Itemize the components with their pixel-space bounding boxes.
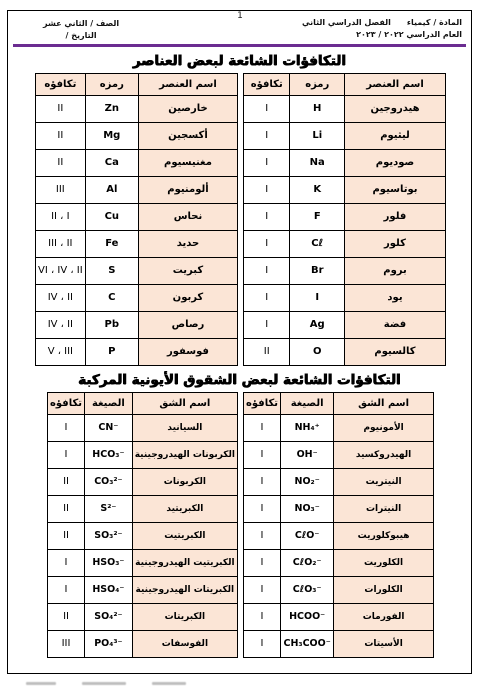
ion-row: الكلورات CℓO₃⁻ I xyxy=(244,576,434,603)
element-row: بوتاسيوم K I xyxy=(244,176,446,203)
element-name-cell: ألومنيوم xyxy=(138,176,237,203)
element-valence-cell: II xyxy=(36,122,86,149)
ion-valence-cell: III xyxy=(48,630,85,657)
header-row: اسم العنصر رمزه تكافؤه xyxy=(244,73,446,95)
ion-name-cell: الفوسفات xyxy=(132,630,237,657)
column-header-ion-name: اسم الشق xyxy=(132,392,237,414)
ion-row: الكبريتات الهيدروجينية HSO₄⁻ I xyxy=(48,576,238,603)
ion-name-cell: الكبريتيت الهيدروجينية xyxy=(132,549,237,576)
element-valence-cell: I xyxy=(244,311,290,338)
ions-table-left: اسم الشق الصيغة تكافؤه السيانيد CN⁻ I ال… xyxy=(47,392,238,658)
element-name-cell: أكسجين xyxy=(138,122,237,149)
ion-valence-cell: I xyxy=(48,576,85,603)
ion-name-cell: النيتريت xyxy=(334,468,434,495)
ion-row: هيبوكلوريت CℓO⁻ I xyxy=(244,522,434,549)
ion-name-cell: هيبوكلوريت xyxy=(334,522,434,549)
ion-valence-cell: II xyxy=(48,495,85,522)
element-row: هيدروجين H I xyxy=(244,95,446,122)
ion-formula-cell: SO₄²⁻ xyxy=(85,603,133,630)
ion-valence-cell: II xyxy=(48,603,85,630)
element-valence-cell: II xyxy=(244,338,290,365)
ion-valence-cell: I xyxy=(244,414,281,441)
ion-name-cell: الأسيتات xyxy=(334,630,434,657)
element-name-cell: بروم xyxy=(345,257,446,284)
ion-row: الكبريتيت SO₃²⁻ II xyxy=(48,522,238,549)
element-row: كبريت S VI ، IV ، II xyxy=(36,257,238,284)
element-symbol-cell: F xyxy=(290,203,345,230)
ion-formula-cell: HSO₄⁻ xyxy=(85,576,133,603)
element-symbol-cell: I xyxy=(290,284,345,311)
element-symbol-cell: Ag xyxy=(290,311,345,338)
ion-name-cell: الفورمات xyxy=(334,603,434,630)
element-row: رصاص Pb IV ، II xyxy=(36,311,238,338)
ion-row: الكبريتيت الهيدروجينية HSO₃⁻ I xyxy=(48,549,238,576)
ion-formula-cell: SO₃²⁻ xyxy=(85,522,133,549)
element-name-cell: هيدروجين xyxy=(345,95,446,122)
column-header-valence: تكافؤه xyxy=(48,392,85,414)
ion-valence-cell: I xyxy=(244,630,281,657)
ion-formula-cell: S²⁻ xyxy=(85,495,133,522)
element-name-cell: كبريت xyxy=(138,257,237,284)
column-header-formula: الصيغة xyxy=(281,392,334,414)
element-valence-cell: II ، I xyxy=(36,203,86,230)
elements-table-right: اسم العنصر رمزه تكافؤه هيدروجين H I ليثي… xyxy=(243,73,446,366)
element-symbol-cell: Mg xyxy=(85,122,138,149)
ion-valence-cell: I xyxy=(48,414,85,441)
ion-valence-cell: I xyxy=(244,468,281,495)
column-header-element-name: اسم العنصر xyxy=(138,73,237,95)
element-valence-cell: I xyxy=(244,149,290,176)
section2-title: التكافؤات الشائعة لبعض الشقوق الأيونية ا… xyxy=(13,372,466,388)
column-header-formula: الصيغة xyxy=(85,392,133,414)
element-name-cell: كربون xyxy=(138,284,237,311)
element-valence-cell: I xyxy=(244,284,290,311)
ion-name-cell: الكبريتات xyxy=(132,603,237,630)
ion-valence-cell: I xyxy=(244,495,281,522)
element-name-cell: فضة xyxy=(345,311,446,338)
element-name-cell: صوديوم xyxy=(345,149,446,176)
element-symbol-cell: Ca xyxy=(85,149,138,176)
ion-formula-cell: CℓO⁻ xyxy=(281,522,334,549)
column-header-valence: تكافؤه xyxy=(244,392,281,414)
ion-formula-cell: PO₄³⁻ xyxy=(85,630,133,657)
header-row: اسم الشق الصيغة تكافؤه xyxy=(244,392,434,414)
ion-formula-cell: HSO₃⁻ xyxy=(85,549,133,576)
elements-table-left: اسم العنصر رمزه تكافؤه خارصين Zn II أكسج… xyxy=(35,73,238,366)
ion-formula-cell: CℓO₃⁻ xyxy=(281,576,334,603)
ion-name-cell: الكلوريت xyxy=(334,549,434,576)
element-name-cell: ليثيوم xyxy=(345,122,446,149)
element-valence-cell: I xyxy=(244,122,290,149)
element-name-cell: فلور xyxy=(345,203,446,230)
ions-table-right: اسم الشق الصيغة تكافؤه الأمونيوم NH₄⁺ I … xyxy=(243,392,434,658)
ion-valence-cell: I xyxy=(48,549,85,576)
ions-table-group: اسم الشق الصيغة تكافؤه الأمونيوم NH₄⁺ I … xyxy=(47,392,434,658)
element-valence-cell: IV ، II xyxy=(36,311,86,338)
ion-name-cell: الكبريتيد xyxy=(132,495,237,522)
element-valence-cell: IV ، II xyxy=(36,284,86,311)
element-row: كربون C IV ، II xyxy=(36,284,238,311)
ion-row: الأمونيوم NH₄⁺ I xyxy=(244,414,434,441)
column-header-symbol: رمزه xyxy=(290,73,345,95)
ion-row: النيتريت NO₂⁻ I xyxy=(244,468,434,495)
element-valence-cell: III ، II xyxy=(36,230,86,257)
element-symbol-cell: Na xyxy=(290,149,345,176)
column-header-valence: تكافؤه xyxy=(244,73,290,95)
element-symbol-cell: Cu xyxy=(85,203,138,230)
element-name-cell: حديد xyxy=(138,230,237,257)
ion-formula-cell: NH₄⁺ xyxy=(281,414,334,441)
element-symbol-cell: Pb xyxy=(85,311,138,338)
element-row: خارصين Zn II xyxy=(36,95,238,122)
ion-row: الفورمات HCOO⁻ I xyxy=(244,603,434,630)
element-row: مغنيسيوم Ca II xyxy=(36,149,238,176)
ion-formula-cell: NO₃⁻ xyxy=(281,495,334,522)
ion-valence-cell: I xyxy=(244,549,281,576)
element-row: صوديوم Na I xyxy=(244,149,446,176)
element-name-cell: فوسفور xyxy=(138,338,237,365)
element-valence-cell: V ، III xyxy=(36,338,86,365)
ion-row: الكربونات CO₃²⁻ II xyxy=(48,468,238,495)
element-valence-cell: III xyxy=(36,176,86,203)
ion-name-cell: السيانيد xyxy=(132,414,237,441)
ion-formula-cell: NO₂⁻ xyxy=(281,468,334,495)
ion-formula-cell: HCOO⁻ xyxy=(281,603,334,630)
element-name-cell: مغنيسيوم xyxy=(138,149,237,176)
element-symbol-cell: K xyxy=(290,176,345,203)
element-symbol-cell: P xyxy=(85,338,138,365)
ion-valence-cell: I xyxy=(244,522,281,549)
element-name-cell: بوتاسيوم xyxy=(345,176,446,203)
ion-valence-cell: I xyxy=(244,603,281,630)
element-name-cell: رصاص xyxy=(138,311,237,338)
element-symbol-cell: S xyxy=(85,257,138,284)
ion-row: السيانيد CN⁻ I xyxy=(48,414,238,441)
element-valence-cell: I xyxy=(244,230,290,257)
date-label: التاريخ / xyxy=(43,30,119,42)
element-row: كالسيوم O II xyxy=(244,338,446,365)
element-row: حديد Fe III ، II xyxy=(36,230,238,257)
ion-row: الكبريتيد S²⁻ II xyxy=(48,495,238,522)
element-valence-cell: I xyxy=(244,203,290,230)
element-symbol-cell: Cℓ xyxy=(290,230,345,257)
ion-formula-cell: CO₃²⁻ xyxy=(85,468,133,495)
ion-formula-cell: OH⁻ xyxy=(281,441,334,468)
ion-name-cell: الأمونيوم xyxy=(334,414,434,441)
element-row: فوسفور P V ، III xyxy=(36,338,238,365)
header-divider-rule xyxy=(13,44,466,47)
column-header-ion-name: اسم الشق xyxy=(334,392,434,414)
column-header-symbol: رمزه xyxy=(85,73,138,95)
ion-row: الكلوريت CℓO₂⁻ I xyxy=(244,549,434,576)
ion-valence-cell: II xyxy=(48,468,85,495)
element-row: ليثيوم Li I xyxy=(244,122,446,149)
element-row: يود I I xyxy=(244,284,446,311)
ion-name-cell: الهيدروكسيد xyxy=(334,441,434,468)
ion-name-cell: الكبريتات الهيدروجينية xyxy=(132,576,237,603)
ion-valence-cell: II xyxy=(48,522,85,549)
element-valence-cell: II xyxy=(36,95,86,122)
element-row: فضة Ag I xyxy=(244,311,446,338)
ion-valence-cell: I xyxy=(244,576,281,603)
element-name-cell: نحاس xyxy=(138,203,237,230)
ion-name-cell: الكلورات xyxy=(334,576,434,603)
element-valence-cell: I xyxy=(244,176,290,203)
element-valence-cell: I xyxy=(244,95,290,122)
element-row: ألومنيوم Al III xyxy=(36,176,238,203)
ion-name-cell: الكربونات xyxy=(132,468,237,495)
element-symbol-cell: Br xyxy=(290,257,345,284)
ion-row: الكربونات الهيدروجينية HCO₃⁻ I xyxy=(48,441,238,468)
element-row: فلور F I xyxy=(244,203,446,230)
ion-valence-cell: I xyxy=(48,441,85,468)
ion-row: الأسيتات CH₃COO⁻ I xyxy=(244,630,434,657)
element-symbol-cell: C xyxy=(85,284,138,311)
element-row: بروم Br I xyxy=(244,257,446,284)
ion-name-cell: النيترات xyxy=(334,495,434,522)
ion-row: الفوسفات PO₄³⁻ III xyxy=(48,630,238,657)
element-name-cell: يود xyxy=(345,284,446,311)
element-symbol-cell: Al xyxy=(85,176,138,203)
element-valence-cell: VI ، IV ، II xyxy=(36,257,86,284)
element-symbol-cell: O xyxy=(290,338,345,365)
ion-name-cell: الكبريتيت xyxy=(132,522,237,549)
element-name-cell: كلور xyxy=(345,230,446,257)
column-header-element-name: اسم العنصر xyxy=(345,73,446,95)
academic-year-label: العام الدراسي ٢٠٢٢ / ٢٠٢٣ xyxy=(302,29,462,41)
ion-row: النيترات NO₃⁻ I xyxy=(244,495,434,522)
footer-remnant-marks xyxy=(26,681,186,685)
page-number: 1 xyxy=(0,11,480,21)
ion-formula-cell: CN⁻ xyxy=(85,414,133,441)
ion-formula-cell: CH₃COO⁻ xyxy=(281,630,334,657)
element-valence-cell: I xyxy=(244,257,290,284)
ion-name-cell: الكربونات الهيدروجينية xyxy=(132,441,237,468)
element-row: نحاس Cu II ، I xyxy=(36,203,238,230)
section1-title: التكافؤات الشائعة لبعض العناصر xyxy=(13,53,466,69)
ion-row: الكبريتات SO₄²⁻ II xyxy=(48,603,238,630)
element-name-cell: خارصين xyxy=(138,95,237,122)
element-row: أكسجين Mg II xyxy=(36,122,238,149)
element-symbol-cell: H xyxy=(290,95,345,122)
elements-table-group: اسم العنصر رمزه تكافؤه هيدروجين H I ليثي… xyxy=(35,73,446,366)
document-page-border: المادة / كيمياء الفصل الدراسي الثاني الع… xyxy=(7,10,472,674)
ion-row: الهيدروكسيد OH⁻ I xyxy=(244,441,434,468)
header-row: اسم الشق الصيغة تكافؤه xyxy=(48,392,238,414)
element-valence-cell: II xyxy=(36,149,86,176)
element-row: كلور Cℓ I xyxy=(244,230,446,257)
element-symbol-cell: Li xyxy=(290,122,345,149)
element-name-cell: كالسيوم xyxy=(345,338,446,365)
element-symbol-cell: Zn xyxy=(85,95,138,122)
ion-formula-cell: CℓO₂⁻ xyxy=(281,549,334,576)
element-symbol-cell: Fe xyxy=(85,230,138,257)
header-row: اسم العنصر رمزه تكافؤه xyxy=(36,73,238,95)
ion-valence-cell: I xyxy=(244,441,281,468)
ion-formula-cell: HCO₃⁻ xyxy=(85,441,133,468)
column-header-valence: تكافؤه xyxy=(36,73,86,95)
